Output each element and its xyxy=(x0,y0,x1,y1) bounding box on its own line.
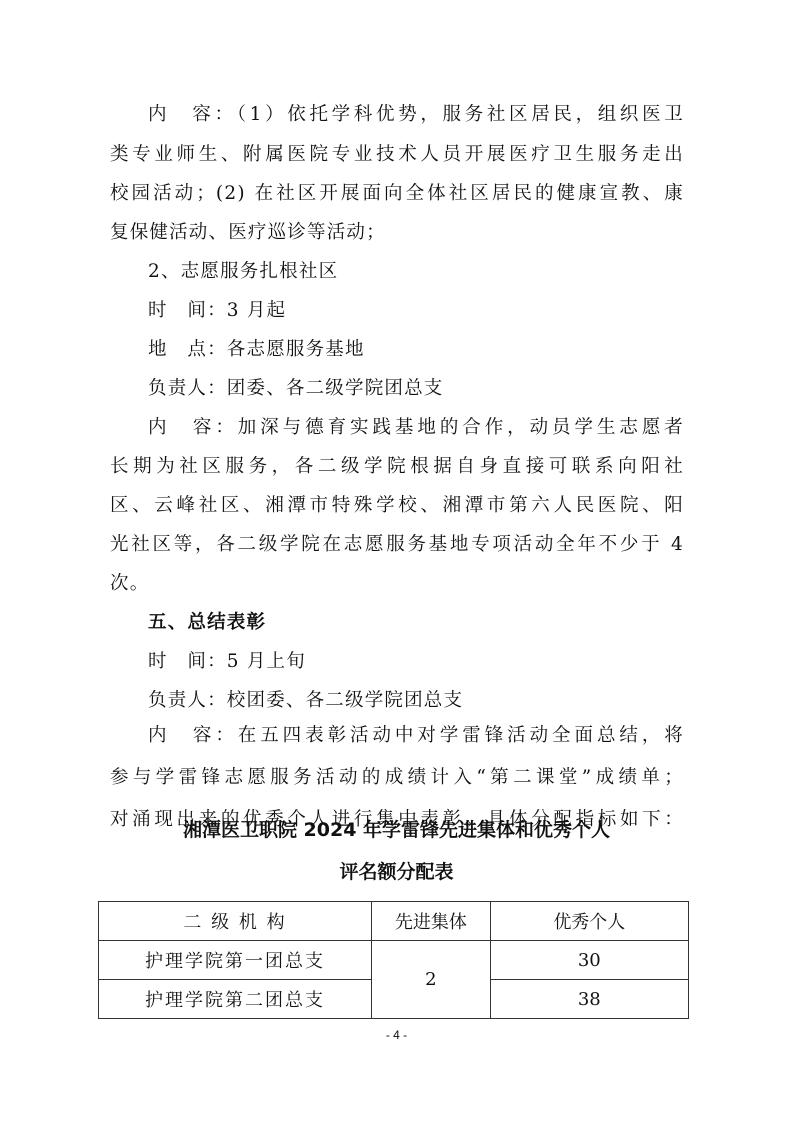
header-org: 二 级 机 构 xyxy=(99,902,372,941)
table-header-row: 二 级 机 构 先进集体 优秀个人 xyxy=(99,902,689,941)
owner-line: 负责人：校团委、各二级学院团总支 xyxy=(148,687,463,715)
content-line: 长期为社区服务，各二级学院根据自身直接可联系向阳社 xyxy=(110,453,684,481)
table-title: 湘潭医卫职院 2024 年学雷锋先进集体和优秀个人 xyxy=(0,816,793,844)
page-number: - 4 - xyxy=(0,1028,793,1042)
time-line: 时 间：5 月上旬 xyxy=(148,648,306,676)
time-line: 时 间：3 月起 xyxy=(148,297,286,325)
content-line: 复保健活动、医疗巡诊等活动； xyxy=(110,219,386,247)
header-individual: 优秀个人 xyxy=(490,902,688,941)
place-line: 地 点：各志愿服务基地 xyxy=(148,336,365,364)
cell-individual: 38 xyxy=(490,980,688,1019)
table-subtitle: 评名额分配表 xyxy=(0,858,793,886)
content-line: 内 容：（1）依托学科优势，服务社区居民，组织医卫 xyxy=(148,101,684,129)
cell-org: 护理学院第一团总支 xyxy=(99,941,372,980)
owner-line: 负责人：团委、各二级学院团总支 xyxy=(148,375,444,403)
section-heading: 五、总结表彰 xyxy=(148,609,266,637)
allocation-table: 二 级 机 构 先进集体 优秀个人 护理学院第一团总支 2 30 护理学院第二团… xyxy=(98,901,689,1019)
header-collective: 先进集体 xyxy=(372,902,491,941)
content-line: 内 容：在五四表彰活动中对学雷锋活动全面总结，将 xyxy=(148,722,684,750)
cell-org: 护理学院第二团总支 xyxy=(99,980,372,1019)
content-line: 校园活动；(2) 在社区开展面向全体社区居民的健康宣教、康 xyxy=(110,180,684,208)
content-line: 内 容：加深与德育实践基地的合作，动员学生志愿者 xyxy=(148,414,684,442)
content-line: 类专业师生、附属医院专业技术人员开展医疗卫生服务走出 xyxy=(110,141,684,169)
content-line: 次。 xyxy=(110,570,149,598)
content-line: 参与学雷锋志愿服务活动的成绩计入“第二课堂”成绩单； xyxy=(110,764,684,792)
table-row: 护理学院第一团总支 2 30 xyxy=(99,941,689,980)
cell-individual: 30 xyxy=(490,941,688,980)
item-heading: 2、志愿服务扎根社区 xyxy=(148,258,338,286)
content-line: 光社区等，各二级学院在志愿服务基地专项活动全年不少于 4 xyxy=(110,531,684,559)
cell-collective: 2 xyxy=(372,941,491,1019)
content-line: 区、云峰社区、湘潭市特殊学校、湘潭市第六人民医院、阳 xyxy=(110,492,684,520)
